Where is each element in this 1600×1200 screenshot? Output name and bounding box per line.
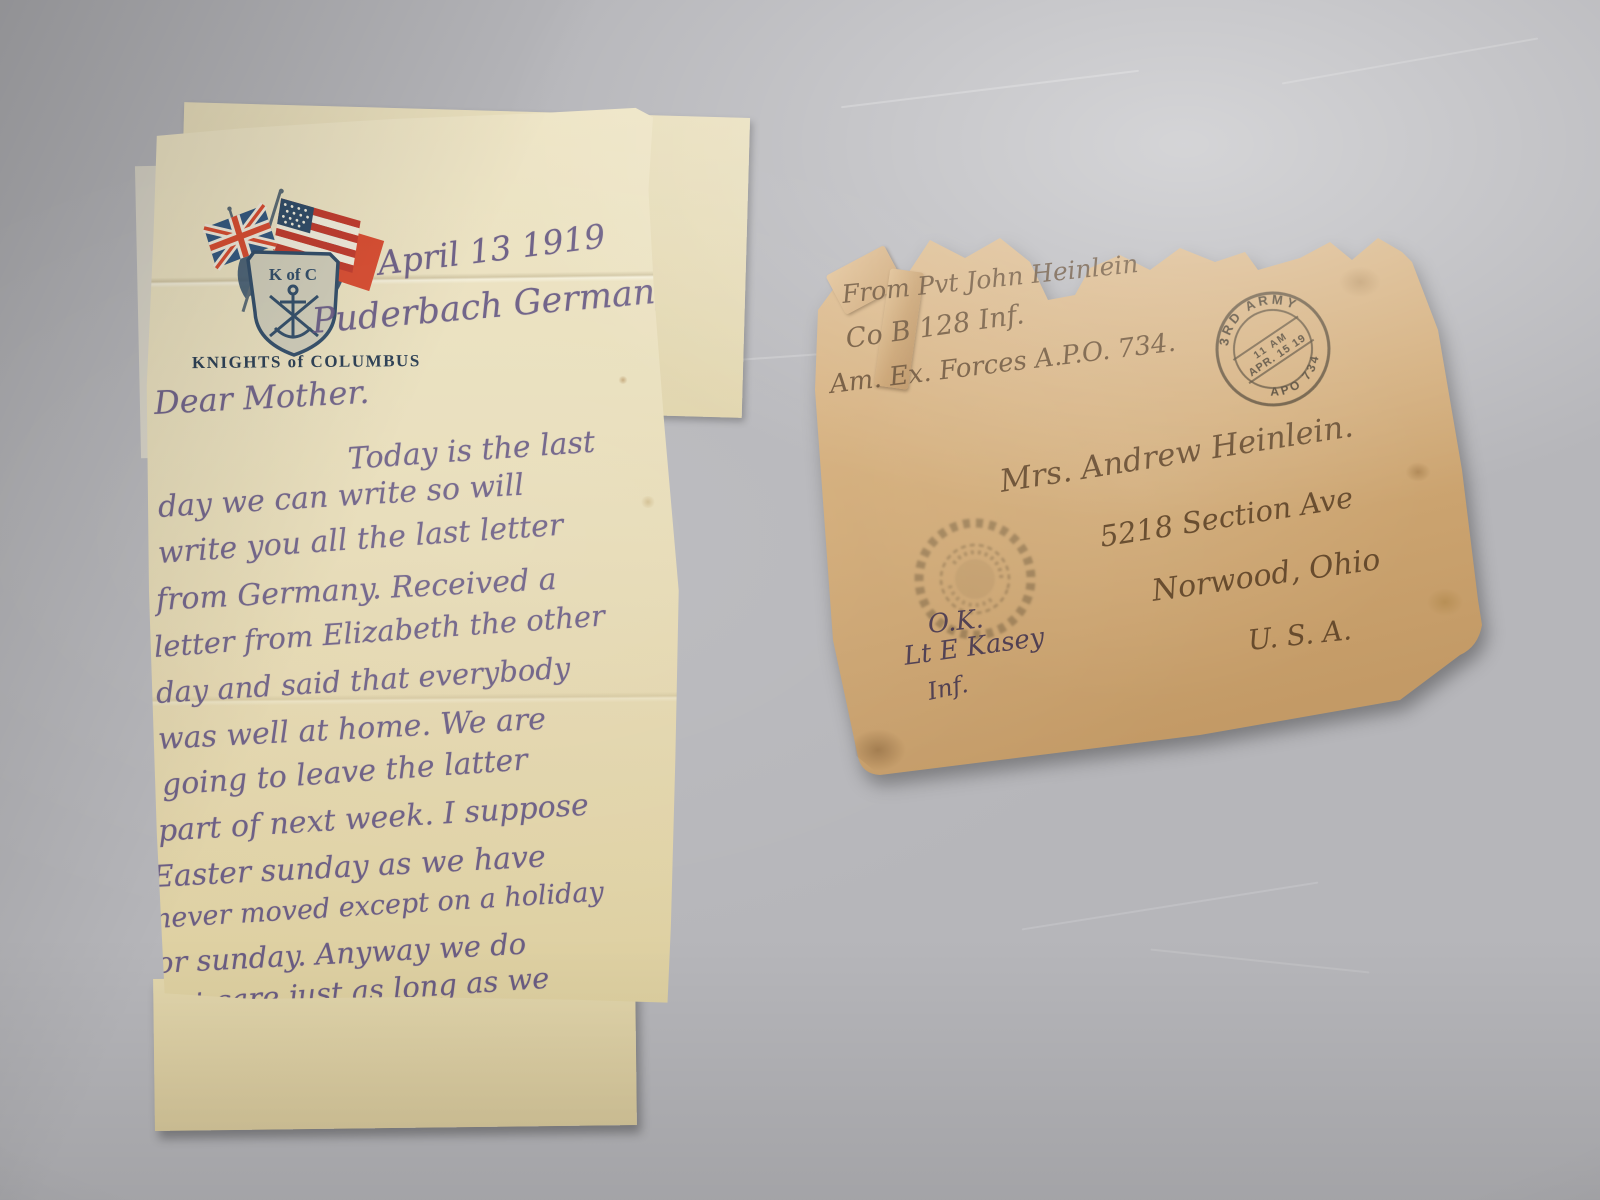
letter-line: Today is the last (347, 425, 596, 477)
letterhead-caption: KNIGHTS of COLUMBUS (192, 351, 442, 373)
photo-of-letter-and-envelope: K of C KNIGHTS of COLUMBUS April 13 1919… (0, 0, 1600, 1200)
table-scratch (1282, 37, 1538, 84)
kofc-shield-text: K of C (269, 265, 317, 284)
paper-stain (618, 376, 628, 384)
table-scratch (1022, 882, 1319, 931)
paper-stain (640, 496, 656, 508)
letter-first-page: K of C KNIGHTS of COLUMBUS April 13 1919… (140, 106, 700, 1038)
letter-date: April 13 1919 (376, 216, 608, 283)
table-scratch (1150, 949, 1369, 974)
letter-salutation: Dear Mother. (153, 373, 370, 422)
table-scratch (841, 70, 1139, 109)
letter-sheet-group: K of C KNIGHTS of COLUMBUS April 13 1919… (138, 98, 708, 1048)
envelope: From Pvt John Heinlein Co B 128 Inf. Am.… (800, 222, 1500, 802)
